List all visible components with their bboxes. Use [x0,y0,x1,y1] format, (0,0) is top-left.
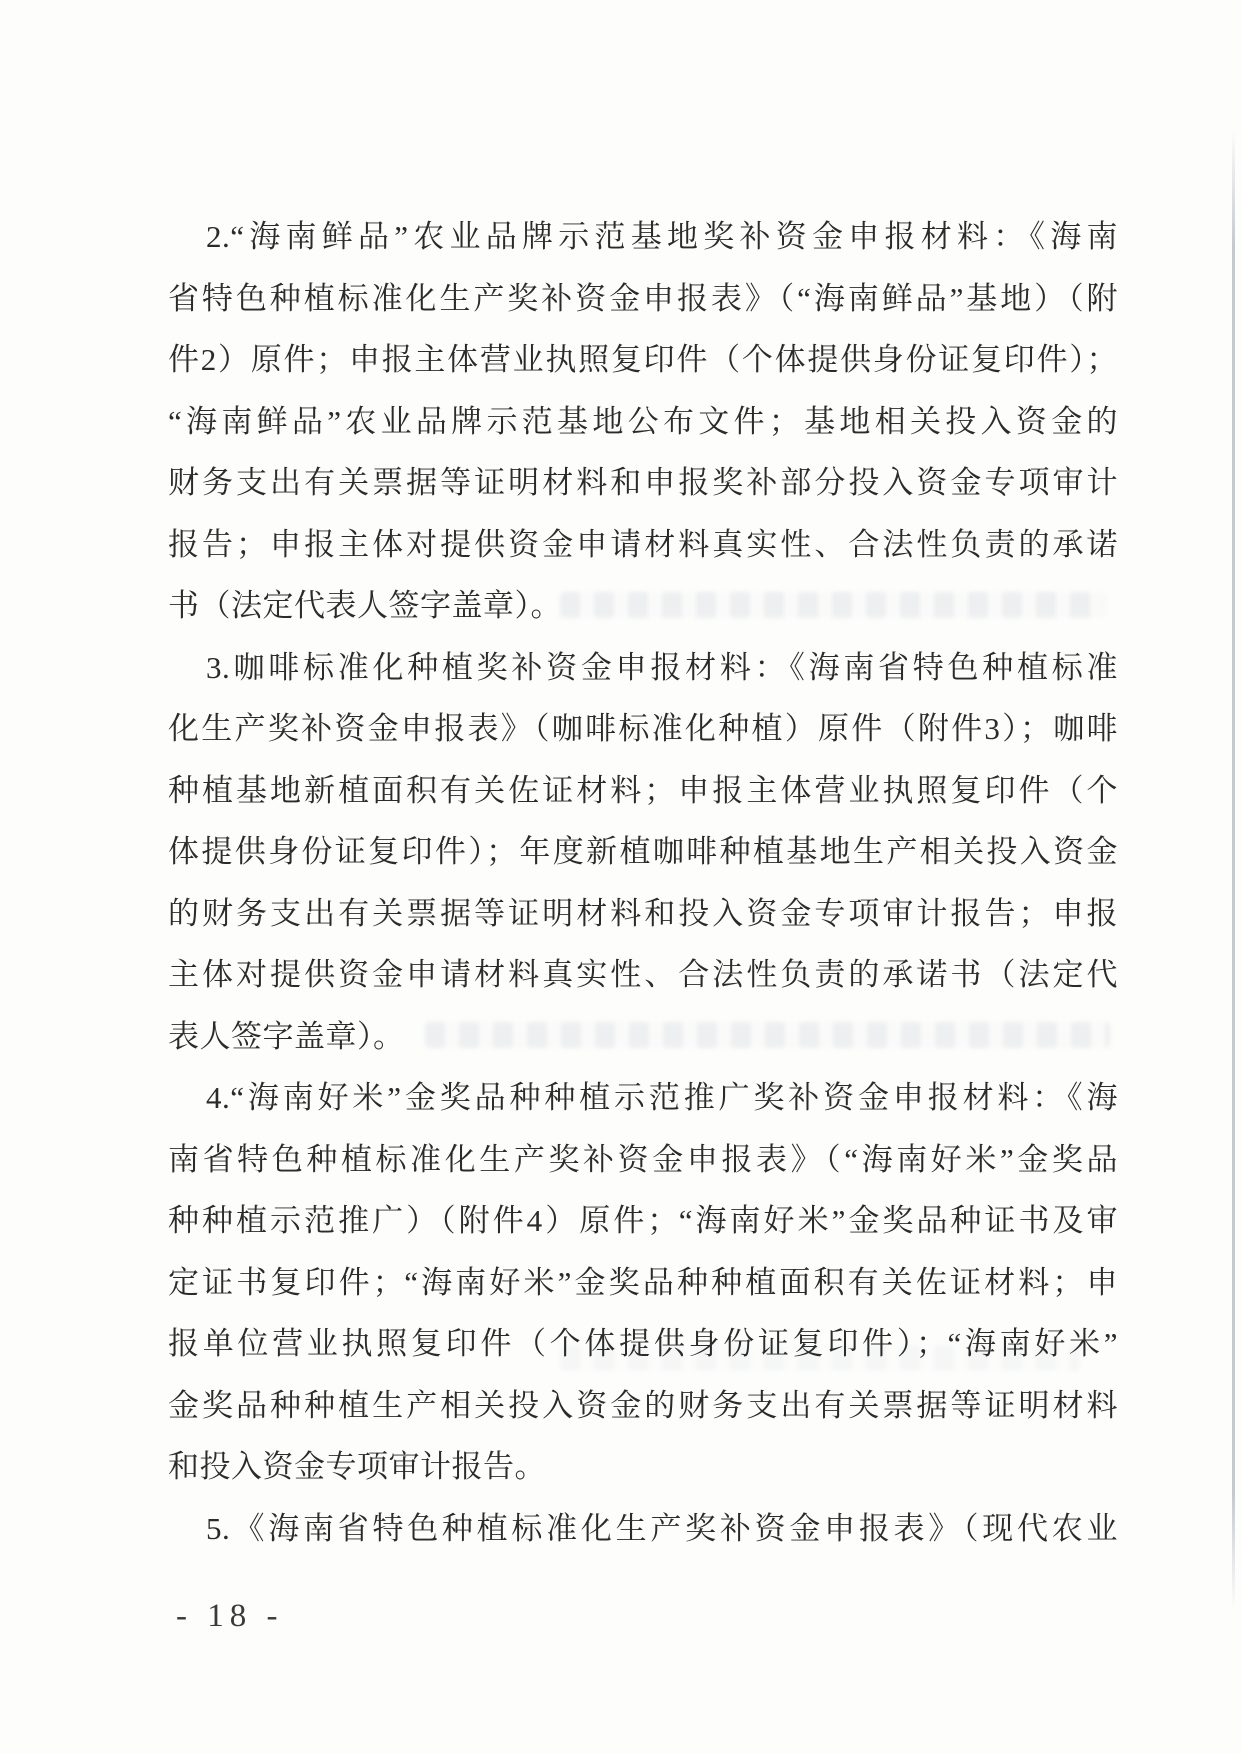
text-line: 的财务支出有关票据等证明材料和投入资金专项审计报告；申报 [168,883,1118,945]
text-line: 金奖品种种植生产相关投入资金的财务支出有关票据等证明材料 [168,1375,1118,1437]
text-line: 和投入资金专项审计报告。 [168,1436,1118,1498]
text-line: 化生产奖补资金申报表》（咖啡标准化种植）原件（附件3）；咖啡 [168,698,1118,760]
text-line: 表人签字盖章）。 [168,1006,1118,1068]
text-line: 5.《海南省特色种植标准化生产奖补资金申报表》（现代农业 [168,1498,1118,1560]
scan-edge-artifact [1232,130,1235,1610]
scanned-document-page: 2.“海南鲜品”农业品牌示范基地奖补资金申报材料：《海南 省特色种植标准化生产奖… [0,0,1241,1754]
text-line: 书（法定代表人签字盖章）。 [168,575,1118,637]
text-line: 体提供身份证复印件）；年度新植咖啡种植基地生产相关投入资金 [168,821,1118,883]
paragraph-item-2: 2.“海南鲜品”农业品牌示范基地奖补资金申报材料：《海南 省特色种植标准化生产奖… [168,206,1118,637]
document-body: 2.“海南鲜品”农业品牌示范基地奖补资金申报材料：《海南 省特色种植标准化生产奖… [168,206,1118,1559]
text-line: 报告；申报主体对提供资金申请材料真实性、合法性负责的承诺 [168,514,1118,576]
text-line: 种种植示范推广）（附件4）原件；“海南好米”金奖品种证书及审 [168,1190,1118,1252]
text-line: 件2）原件；申报主体营业执照复印件（个体提供身份证复印件）； [168,329,1118,391]
paragraph-item-3: 3.咖啡标准化种植奖补资金申报材料：《海南省特色种植标准 化生产奖补资金申报表》… [168,637,1118,1068]
text-line: 财务支出有关票据等证明材料和申报奖补部分投入资金专项审计 [168,452,1118,514]
text-line: 3.咖啡标准化种植奖补资金申报材料：《海南省特色种植标准 [168,637,1118,699]
text-line: 主体对提供资金申请材料真实性、合法性负责的承诺书（法定代 [168,944,1118,1006]
text-line: 4.“海南好米”金奖品种种植示范推广奖补资金申报材料：《海 [168,1067,1118,1129]
text-line: 省特色种植标准化生产奖补资金申报表》（“海南鲜品”基地）（附 [168,268,1118,330]
paragraph-item-5: 5.《海南省特色种植标准化生产奖补资金申报表》（现代农业 [168,1498,1118,1560]
text-line: 种植基地新植面积有关佐证材料；申报主体营业执照复印件（个 [168,760,1118,822]
text-line: 2.“海南鲜品”农业品牌示范基地奖补资金申报材料：《海南 [168,206,1118,268]
page-number: - 18 - [176,1598,283,1635]
text-line: 报单位营业执照复印件（个体提供身份证复印件）；“海南好米” [168,1313,1118,1375]
text-line: “海南鲜品”农业品牌示范基地公布文件；基地相关投入资金的 [168,391,1118,453]
paragraph-item-4: 4.“海南好米”金奖品种种植示范推广奖补资金申报材料：《海 南省特色种植标准化生… [168,1067,1118,1498]
text-line: 定证书复印件；“海南好米”金奖品种种植面积有关佐证材料；申 [168,1252,1118,1314]
text-line: 南省特色种植标准化生产奖补资金申报表》（“海南好米”金奖品 [168,1129,1118,1191]
